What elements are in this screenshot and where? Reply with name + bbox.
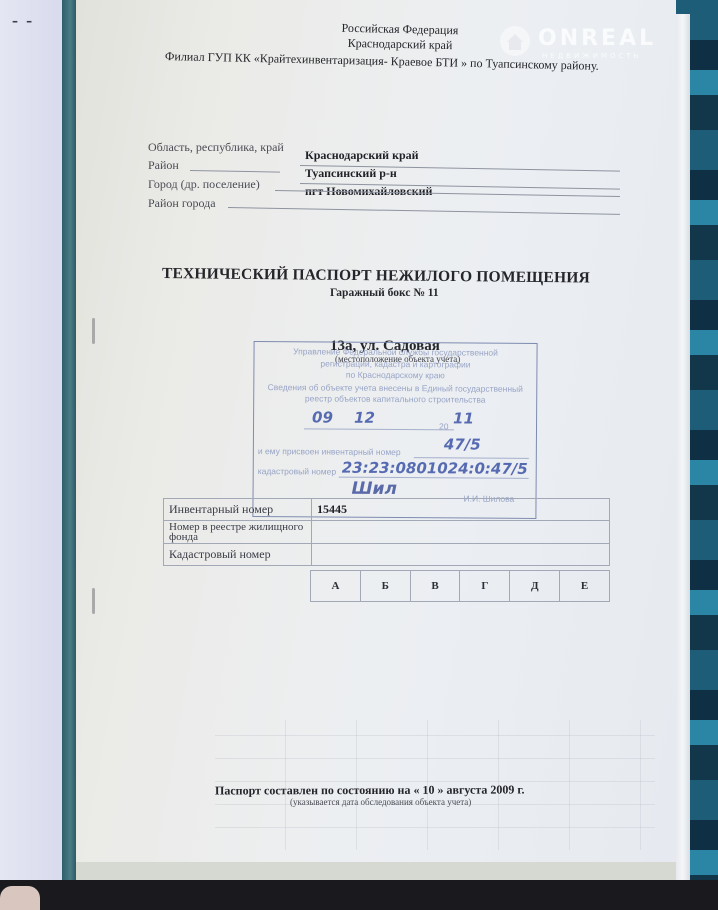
stamp-date-month: 12 [354, 409, 375, 427]
stamp-inventory-value: 47/5 [444, 435, 481, 453]
field-value-district: Туапсинский р-н [305, 166, 397, 181]
field-label-region: Область, республика, край [148, 140, 284, 155]
letter-cell: Б [360, 571, 410, 602]
stamp-signature: Шил [352, 479, 398, 499]
field-label-district: Район [148, 158, 179, 173]
table-cell-label: Кадастровый номер [164, 544, 312, 566]
field-value-region: Краснодарский край [305, 148, 419, 163]
table-row: Инвентарный номер 15445 [164, 499, 610, 521]
stamp-date-year: 11 [453, 409, 474, 427]
stamp-cadastral-label: кадастровый номер [258, 466, 336, 477]
binder-hole [92, 318, 95, 344]
stamp-authority-2: регистрации, кадастра и картографии [254, 358, 536, 370]
stamp-authority-3: по Краснодарскому краю [254, 369, 536, 381]
table-cell-value [312, 544, 610, 566]
table-cell-label: Инвентарный номер [164, 499, 312, 521]
table-row: Номер в реестре жилищного фонда [164, 521, 610, 544]
letter-cell: Г [460, 571, 510, 602]
registration-stamp: Управление Федеральной службы государств… [252, 341, 537, 519]
stamp-date-day: 09 [312, 408, 333, 426]
thumb [0, 886, 40, 910]
letter-cell: А [311, 571, 361, 602]
letters-table: А Б В Г Д Е [310, 570, 610, 602]
table-row: Кадастровый номер [164, 544, 610, 566]
stamp-statement: Сведения об объекте учета внесены в Един… [254, 382, 536, 394]
passport-date-caption: (указывается дата обследования объекта у… [290, 797, 471, 807]
stamp-inventory-label: и ему присвоен инвентарный номер [258, 446, 401, 457]
table-cell-label: Номер в реестре жилищного фонда [164, 521, 312, 544]
passport-info-table: Инвентарный номер 15445 Номер в реестре … [163, 498, 610, 566]
table-row: А Б В Г Д Е [311, 571, 610, 602]
background-bottom [0, 880, 718, 910]
house-icon [500, 26, 530, 56]
folder-spine [62, 0, 76, 880]
table-cell-value [312, 521, 610, 544]
letter-cell: В [410, 571, 460, 602]
watermark-brand: ONREAL [538, 26, 656, 51]
field-label-city-district: Район города [148, 196, 216, 211]
table-cell-value: 15445 [312, 499, 610, 521]
stamp-year-prefix: 20 [439, 421, 449, 431]
letter-cell: Е [560, 571, 610, 602]
page-edge [676, 14, 690, 880]
stamp-statement-2: реестр объектов капитального строительст… [254, 393, 536, 405]
stamp-cadastral-value: 23:23:0801024:0:47/5 [342, 459, 528, 478]
field-label-city: Город (др. поселение) [148, 177, 260, 192]
stamp-authority: Управление Федеральной службы государств… [255, 346, 537, 358]
left-folder-page: – – [0, 0, 62, 880]
letter-cell: Д [510, 571, 560, 602]
left-page-mark: – – [12, 14, 34, 28]
document-subtitle: Гаражный бокс № 11 [330, 287, 439, 299]
binder-hole [92, 588, 95, 614]
